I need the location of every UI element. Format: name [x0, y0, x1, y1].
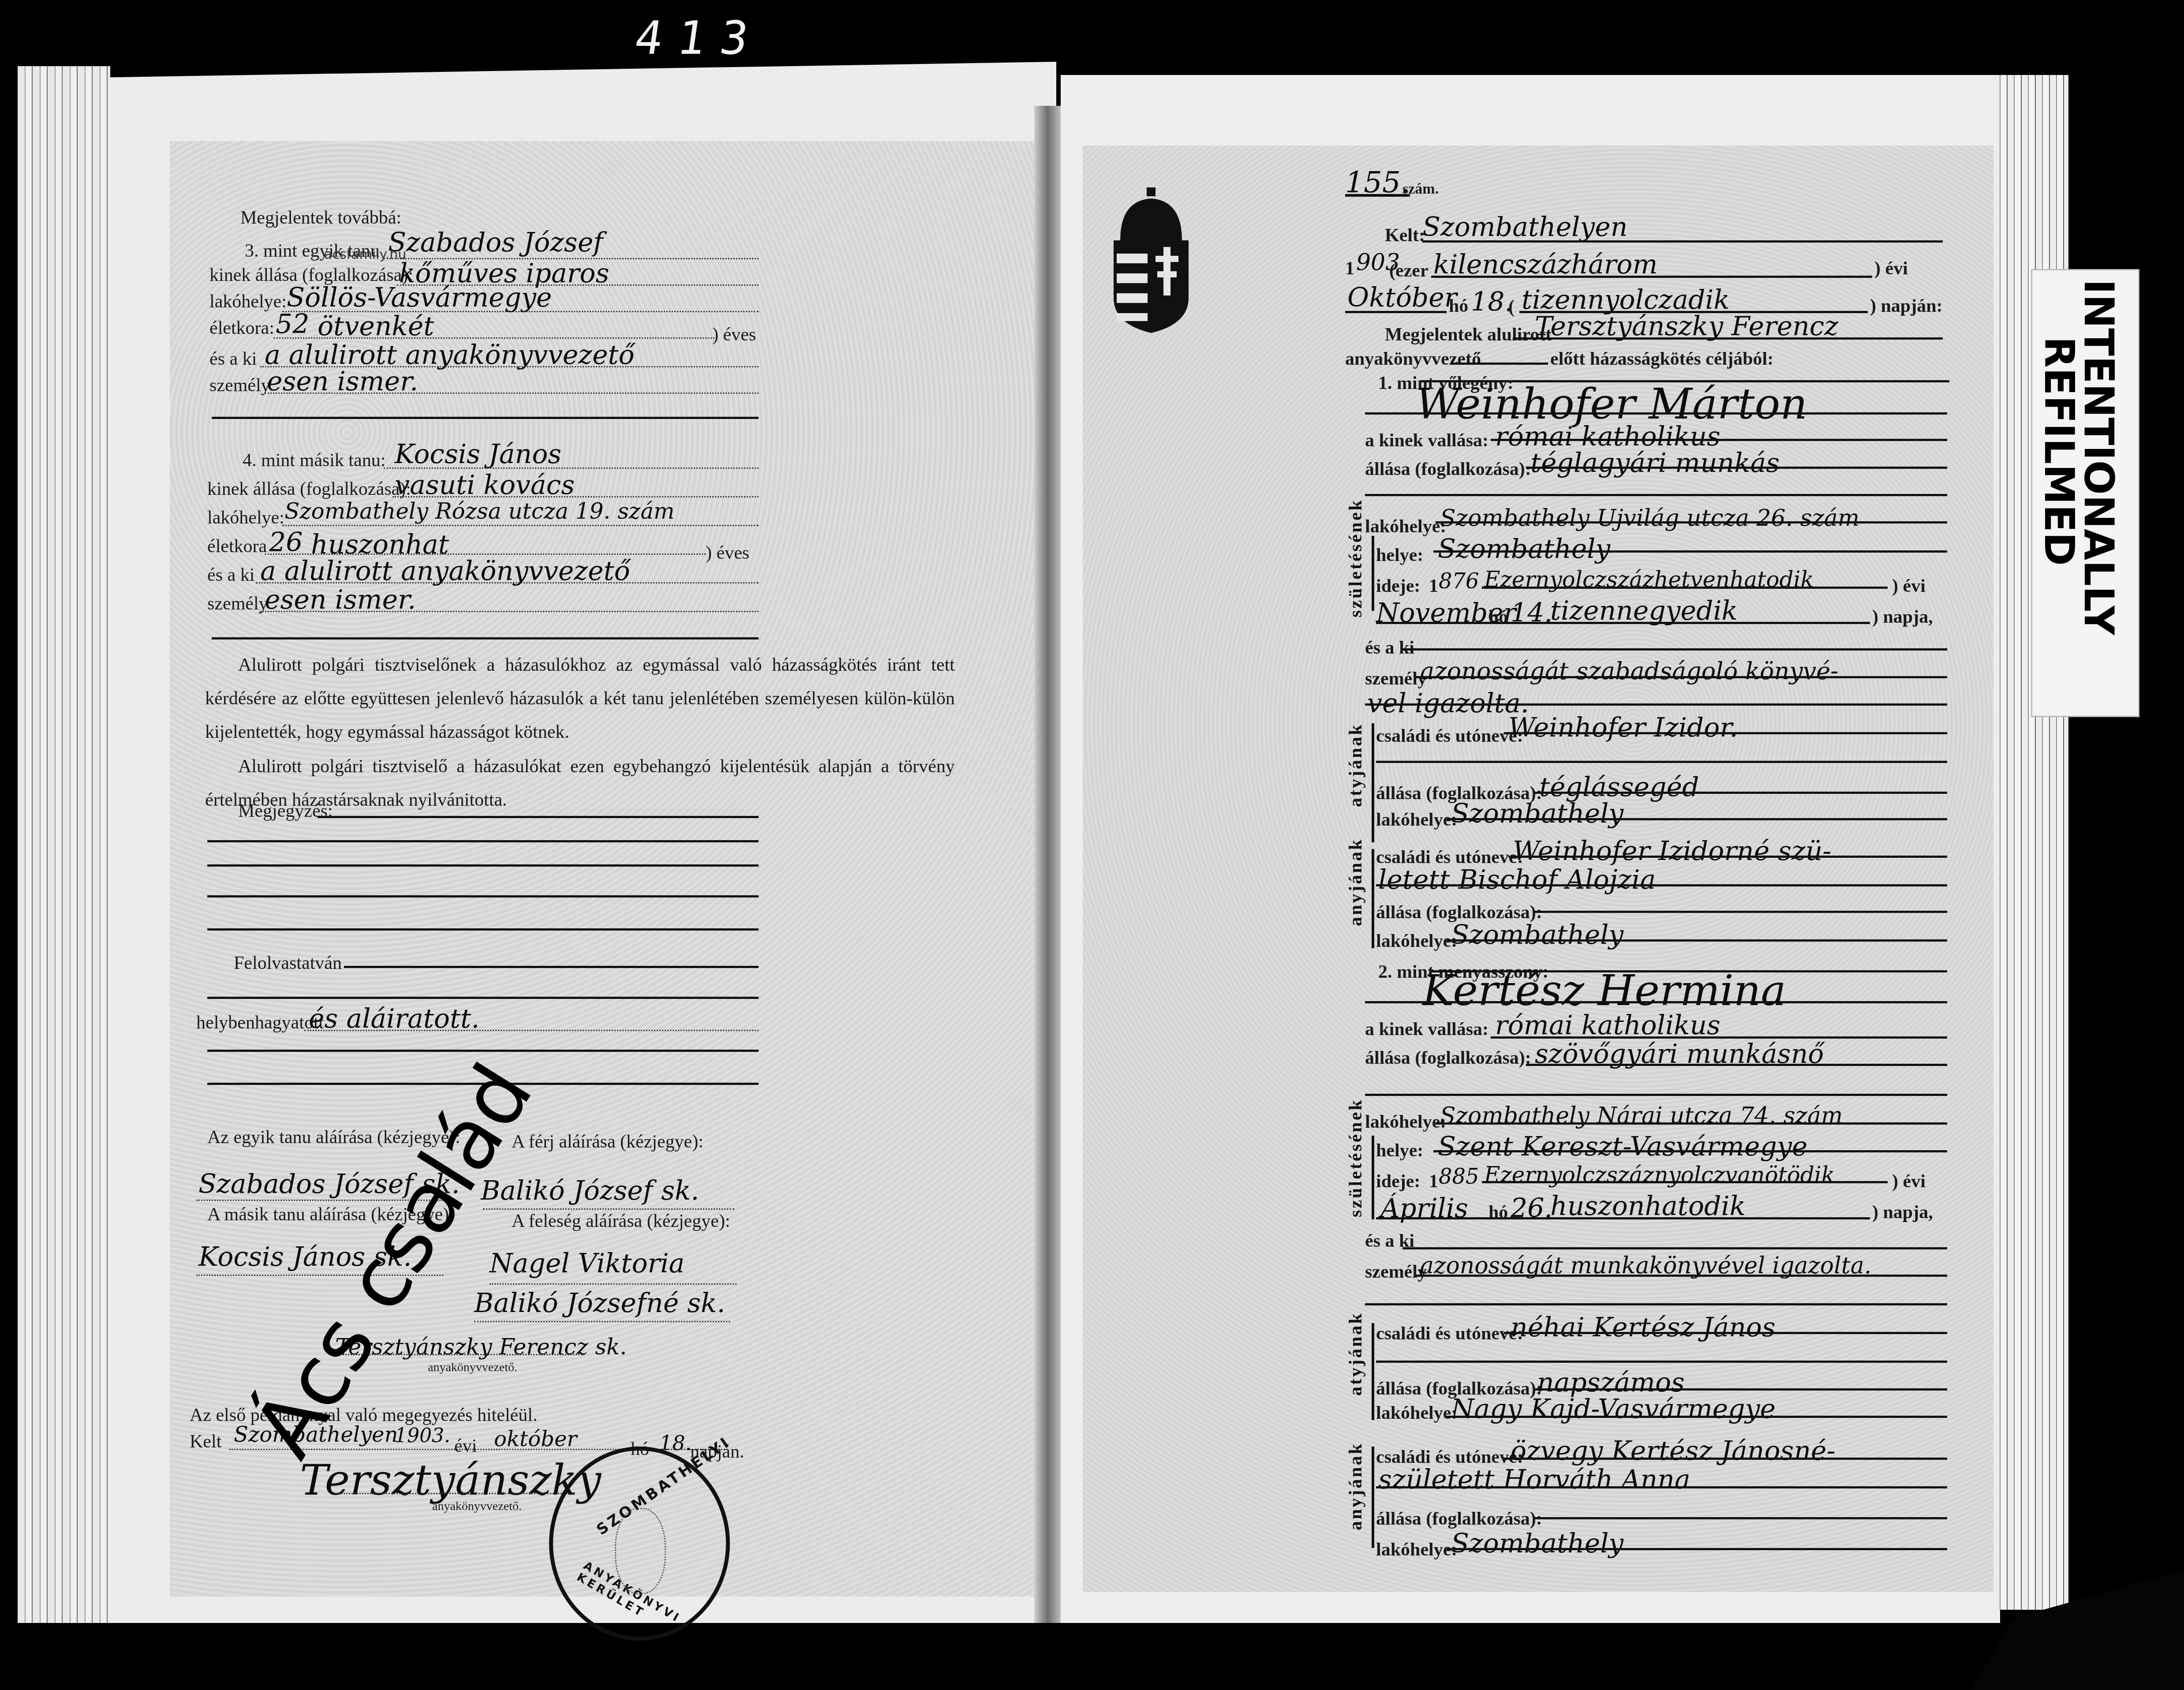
groom-occupation-label: állása (foglalkozása): [1365, 459, 1531, 480]
day: 18. [1471, 287, 1513, 318]
groom-mother-name-line [1508, 856, 1947, 858]
bride-mother-residence-line [1447, 1548, 1947, 1550]
groom-birth-year-suffix: ) évi [1892, 576, 1926, 597]
bride-birth-year-suffix: ) évi [1892, 1171, 1926, 1192]
groom-father-residence-label: lakóhelye: [1376, 809, 1457, 830]
month-suffix: hó [1449, 295, 1468, 317]
groom-father-group-label: atyjának [1345, 723, 1366, 807]
bride-birth-date-label: ideje: [1376, 1171, 1420, 1192]
certification-year: 1903. [395, 1425, 450, 1447]
bride-father-residence-line [1447, 1416, 1947, 1418]
witness2-label: 4. mint másik tanu: [243, 450, 385, 471]
bride-birth-place-label: helye: [1376, 1140, 1423, 1161]
bride-residence-line [1436, 1122, 1947, 1125]
witness1-known-label: és a ki [209, 348, 257, 370]
bride-mother-name-line [1504, 1458, 1947, 1460]
groom-occupation-line-2 [1365, 494, 1947, 496]
bride-occupation-line [1526, 1064, 1947, 1066]
witness2-age-label: életkora [207, 536, 267, 557]
witness1-person-line [265, 393, 759, 394]
book-gutter [1034, 106, 1061, 1623]
day-words-open: ( [1508, 296, 1515, 318]
witness1-age-line [273, 337, 714, 339]
certification-signature-line [335, 1493, 573, 1494]
witness2-blank-line [212, 637, 759, 639]
witness1-name: Szabados József [388, 227, 603, 258]
bride-identity-line-2 [1365, 1303, 1947, 1305]
certification-month: október [494, 1427, 577, 1451]
certification-kelt-label: Kelt [190, 1431, 221, 1452]
groom-mother-residence-label: lakóhelye: [1376, 931, 1457, 952]
bride-father-name-line-2 [1376, 1361, 1947, 1363]
groom-mother-brace [1372, 849, 1374, 948]
bride-birth-day-line [1376, 1217, 1870, 1219]
notes-label: Megjegyzés: [238, 800, 333, 822]
bride-birth-place: Szent Kereszt-Vasvármegye [1438, 1131, 1807, 1162]
month: Október [1347, 282, 1457, 313]
bride-known-line [1402, 1247, 1947, 1249]
bride-father-group-label: atyjának [1345, 1312, 1366, 1396]
wife-signature-label: A feleség aláírása (kézjegye): [512, 1211, 730, 1232]
intentionally-refilmed-card: INTENTIONALLY REFILMED [2031, 269, 2139, 717]
bride-residence: Szombathely Nárai utcza 74. szám [1440, 1103, 1843, 1129]
groom-occupation: téglagyári munkás [1530, 448, 1780, 479]
groom-religion-line [1491, 439, 1947, 441]
bride-mother-residence-label: lakóhelye: [1376, 1539, 1457, 1560]
bride-occupation-line-2 [1365, 1094, 1947, 1096]
notes-line-3 [207, 864, 759, 867]
purpose: előtt házasságkötés céljából: [1550, 348, 1773, 370]
bride-birth-group-label: születésének [1345, 1098, 1366, 1217]
witness2-known-label: és a ki [207, 565, 254, 586]
groom-birth-month-suffix: hó [1488, 606, 1508, 628]
husband-signature: Balikó József sk. [481, 1175, 699, 1206]
groom-birth-place: Szombathely [1438, 534, 1610, 565]
registrar-role: anyakönyvvezető [1345, 348, 1481, 370]
year-words-line [1431, 276, 1872, 278]
read-label: Felolvastatván [234, 953, 342, 974]
groom-religion-label: a kinek vallása: [1365, 430, 1488, 451]
groom-birth-year-prefix: 1 [1429, 576, 1438, 597]
groom-birth-place-label: helye: [1376, 545, 1423, 566]
groom-residence-label: lakóhelye: [1365, 516, 1446, 537]
kelt-place: Szombathelyen [1422, 212, 1627, 243]
approved-line [304, 1030, 759, 1031]
bride-mother-brace [1372, 1447, 1374, 1548]
wife-signature-line [490, 1283, 737, 1285]
registrar-line [1513, 337, 1943, 340]
witness2-occupation-label: kinek állása (foglalkozása): [207, 479, 411, 500]
groom-residence: Szombathely Ujvilág utcza 26. szám [1440, 505, 1859, 531]
groom-mother-residence: Szombathely [1451, 920, 1623, 950]
certification-signature: Tersztyánszky [300, 1455, 601, 1505]
kelt-label: Kelt: [1385, 225, 1425, 246]
bride-occupation-label: állása (foglalkozása): [1365, 1047, 1531, 1069]
bride-father-name-label: családi és utóneve: [1376, 1323, 1523, 1344]
registrar-label: anyakönyvvezető. [428, 1361, 517, 1375]
approved-line-2 [207, 1050, 759, 1052]
groom-known-label: és a ki [1365, 637, 1414, 658]
bride-birth-year: 885 [1439, 1164, 1479, 1189]
witness1-person-label: személy [209, 375, 270, 396]
notes-line-4 [207, 895, 759, 897]
groom-father-residence-line [1447, 818, 1947, 820]
certification-year-suffix: évi [454, 1436, 477, 1457]
appeared-label: Megjelentek alulirott [1385, 324, 1552, 345]
witness1-age-label: életkora: [209, 318, 274, 339]
bride-mother-name-line-2 [1376, 1486, 1947, 1488]
groom-father-residence: Szombathely [1451, 798, 1623, 829]
refilm-line-2: REFILMED [2037, 337, 2081, 566]
bride-birth-brace [1372, 1136, 1374, 1219]
witness1-residence-label: lakóhelye: [209, 291, 287, 312]
witness2-age-line [265, 553, 706, 555]
groom-mother-residence-line [1447, 939, 1947, 942]
notes-line-2 [207, 840, 759, 842]
year-words-prefix: (ezer [1389, 260, 1429, 281]
bride-father-name-line [1504, 1332, 1947, 1334]
groom-mother-name-line-2 [1376, 884, 1947, 886]
witness2-person-label: személy [207, 593, 268, 614]
read-line-2 [207, 997, 759, 999]
year-prefix: 1 [1345, 258, 1354, 279]
bride-father-residence-label: lakóhelye: [1376, 1402, 1457, 1424]
declaration-paragraph: Alulirott polgári tisztviselőnek a házas… [205, 648, 955, 749]
groom-residence-line [1436, 521, 1947, 523]
bride-birth-year-line [1482, 1181, 1888, 1183]
record-number-suffix: szám. [1402, 181, 1439, 198]
witness2-residence-label: lakóhelye: [207, 507, 284, 528]
bride-father-name: néhai Kertész János [1511, 1312, 1776, 1343]
groom-birth-day-suffix: ) napja, [1872, 606, 1933, 628]
bride-residence-label: lakóhelye: [1365, 1111, 1446, 1133]
bride-mother-group-label: anyjának [1345, 1442, 1366, 1530]
groom-identity-line-2 [1365, 703, 1947, 706]
groom-mother-occupation-line [1535, 911, 1947, 913]
witness2-age-suffix: ) éves [706, 542, 749, 564]
bride-name-line [1365, 1001, 1947, 1003]
husband-signature-label: A férj aláírása (kézjegye): [512, 1131, 703, 1152]
groom-father-name-line-2 [1376, 761, 1947, 763]
bride-mother-occupation-label: állása (foglalkozása): [1376, 1508, 1542, 1529]
bride-mother-residence: Szombathely [1451, 1528, 1623, 1559]
bride-birth-place-line [1433, 1150, 1947, 1152]
bride-birth-day-suffix: ) napja, [1872, 1202, 1933, 1223]
bride-religion-label: a kinek vallása: [1365, 1019, 1488, 1040]
bride-father-brace [1372, 1323, 1374, 1420]
groom-father-name-line [1504, 732, 1947, 734]
groom-birth-year: 876 [1439, 569, 1479, 594]
frame-number: 413 [631, 11, 767, 65]
witness2-occupation-line [393, 496, 759, 497]
groom-mother-name-2: letett Bischof Alojzia [1378, 864, 1656, 895]
hungarian-coat-of-arms-icon [1111, 187, 1191, 333]
groom-birth-year-line [1482, 587, 1888, 589]
groom-identity: azonosságát szabadságoló könyvé- [1420, 657, 1839, 685]
groom-identity-label: személy [1365, 668, 1427, 689]
certification-registrar-label: anyakönyvvezető. [432, 1499, 522, 1514]
bride-name: Kertész Hermina [1422, 966, 1786, 1015]
bride-mother-occupation-line [1535, 1517, 1947, 1519]
groom-name-line [1365, 412, 1947, 415]
witness1-blank-line [212, 417, 759, 419]
site-watermark: acsfamily.hu [324, 247, 406, 262]
groom-birth-place-line [1433, 550, 1947, 553]
bride-birth-year-words: Ezernyolczszáznyolczvanötödik [1484, 1162, 1835, 1188]
year-suffix: ) évi [1874, 258, 1908, 279]
husband-signature-line [483, 1208, 734, 1210]
witness1-age: 52 [276, 309, 309, 340]
groom-mother-group-label: anyjának [1345, 838, 1366, 926]
groom-father-brace [1372, 723, 1374, 842]
wife-signature-married-name: Balikó Józsefné sk. [474, 1288, 726, 1319]
groom-identity-line [1416, 676, 1947, 678]
witness2-residence: Szombathely Rózsa utcza 19. szám [284, 498, 674, 524]
wife-signature: Nagel Viktoria [490, 1248, 684, 1279]
witness2-known-line [256, 582, 759, 583]
bride-mother-name: özvegy Kertész Jánosné- [1511, 1436, 1836, 1466]
stamp-crest-icon [615, 1508, 666, 1594]
official-stamp: SZOMBATHELYI ANYAKÖNYVI KERÜLET [549, 1447, 730, 1641]
groom-occupation-line [1526, 467, 1947, 469]
groom-birth-date-label: ideje: [1376, 576, 1420, 597]
groom-father-occupation-line [1535, 792, 1947, 794]
bride-birth-month-suffix: hó [1488, 1202, 1508, 1223]
groom-father-name-label: családi és utóneve: [1376, 725, 1523, 747]
notes-line-1 [318, 816, 759, 818]
read-line [344, 966, 759, 968]
witness1-residence: Söllös-Vasvármegye [287, 282, 552, 313]
bride-birth-year-prefix: 1 [1429, 1171, 1438, 1192]
heading-appeared-further: Megjelentek továbbá: [240, 207, 401, 228]
groom-birth-brace [1372, 536, 1374, 611]
refilm-line-1: INTENTIONALLY [2076, 279, 2120, 635]
witness2-person-line [260, 611, 759, 612]
day-suffix: ) napján: [1870, 295, 1943, 317]
bride-mother-name-2: született Horváth Anna [1378, 1464, 1690, 1495]
groom-father-name: Weinhofer Izidor. [1508, 712, 1738, 743]
registrar-role-line [1451, 363, 1548, 365]
groom-birth-group-label: születésének [1345, 498, 1366, 617]
page-edges-left [18, 66, 110, 1623]
groom-birth-day-line [1376, 622, 1870, 624]
witness2-name-line [384, 467, 759, 469]
month-line [1345, 311, 1447, 313]
bride-father-residence: Nagy Kajd-Vasvármegye [1451, 1394, 1776, 1425]
witness1-age-suffix: ) éves [712, 324, 756, 345]
bride-identity-label: személy [1365, 1261, 1427, 1282]
witness2-name: Kocsis János [395, 439, 561, 470]
kelt-place-line [1422, 240, 1943, 243]
groom-known-line [1402, 648, 1947, 651]
notes-line-5 [207, 928, 759, 931]
bride-father-occupation-line [1535, 1388, 1947, 1391]
record-number: 155. [1345, 165, 1410, 199]
bride-identity-line [1416, 1275, 1947, 1277]
wife-signature-line-2 [474, 1321, 730, 1322]
witness2-residence-line [282, 525, 759, 526]
groom-mother-name: Weinhofer Izidorné szü- [1513, 836, 1832, 867]
